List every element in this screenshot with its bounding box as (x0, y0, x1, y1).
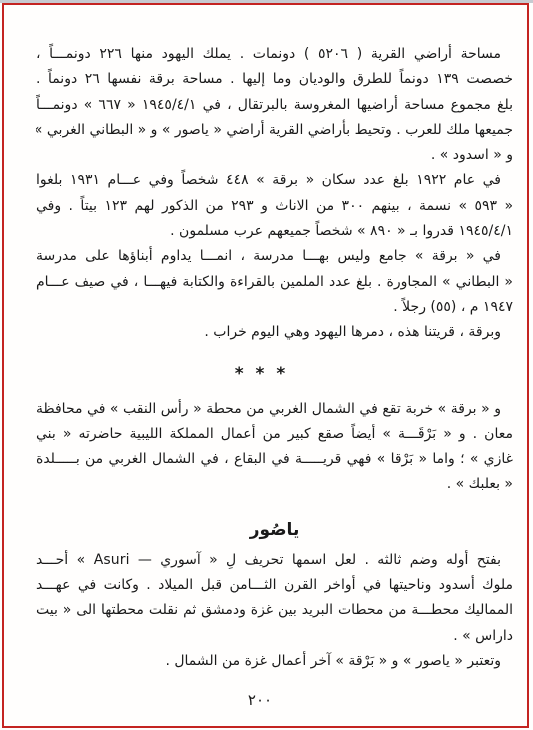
paragraph-mosque-school: في « برقة » جامع وليس بهـــا مدرسة ، انم… (36, 244, 513, 320)
section-separator-stars: * * * (23, 346, 500, 397)
text-line: ١٩٤٧ م ، (٥٥) رجلاً . (36, 295, 513, 320)
text-line: « البطاني » المجاورة . بلغ عدد الملمين ب… (36, 270, 513, 295)
text-line: مساحة أراضي القرية ( ٥٢٠٦ ) دونمات . يمل… (36, 42, 513, 67)
text-line: « ٥٩٣ » نسمة ، بينهم ٣٠٠ من الاناث و ٢٩٣… (36, 194, 513, 219)
text-line: بفتح أوله وضم ثالثه . لعل اسمها تحريف لِ… (36, 548, 513, 573)
text-line: ١٩٤٥/٤/١ قدروا بـ « ٨٩٠ » شخصاً جميعهم ع… (36, 219, 513, 244)
text-line: في عام ١٩٢٢ بلغ عدد سكان « برقة » ٤٤٨ شخ… (36, 168, 513, 193)
text-line: في « برقة » جامع وليس بهـــا مدرسة ، انم… (36, 244, 513, 269)
paragraph-yasur-etymology: بفتح أوله وضم ثالثه . لعل اسمها تحريف لِ… (36, 548, 513, 649)
text-line: وبرقة ، قريتنا هذه ، دمرها اليهود وهي ال… (36, 320, 513, 345)
text-line: المماليك محطـــة من محطات البريد بين غزة… (36, 598, 513, 623)
paragraph-land-stats: مساحة أراضي القرية ( ٥٢٠٦ ) دونمات . يمل… (36, 42, 513, 168)
text-line: و « اسدود » . (36, 143, 513, 168)
yasur-article-title: ياصُور (36, 498, 513, 548)
text-line: خصصت ١٣٩ دونماً للطرق والوديان وما إليها… (36, 67, 513, 92)
page-text: مساحة أراضي القرية ( ٥٢٠٦ ) دونمات . يمل… (36, 42, 513, 674)
page-top-shade (0, 0, 533, 3)
text-line: و « برقة » خربة تقع في الشمال الغربي من … (36, 397, 513, 422)
book-page: مساحة أراضي القرية ( ٥٢٠٦ ) دونمات . يمل… (0, 0, 533, 730)
paragraph-destruction: وبرقة ، قريتنا هذه ، دمرها اليهود وهي ال… (36, 320, 513, 345)
text-line: وتعتبر « ياصور » و « بَرْقة » آخر أعمال … (36, 649, 513, 674)
text-line: « بعلبك » . (36, 472, 513, 497)
page-number: ٢٠٠ (0, 691, 520, 709)
paragraph-yasur-closing: وتعتبر « ياصور » و « بَرْقة » آخر أعمال … (36, 649, 513, 674)
paragraph-population: في عام ١٩٢٢ بلغ عدد سكان « برقة » ٤٤٨ شخ… (36, 168, 513, 244)
text-line: ملوك أسدود وناحيتها في أواخر القرن الثــ… (36, 573, 513, 598)
text-line: بلغ مجموع مساحة أراضيها المغروسة بالبرتق… (36, 93, 513, 118)
text-line: جميعها ملك للعرب . وتحيط بأراضي القرية أ… (36, 118, 513, 143)
text-line: غازي » ؛ واما « بَرْقا » فهي قريـــــة ف… (36, 447, 513, 472)
text-line: داراس » . (36, 624, 513, 649)
paragraph-other-barqa-places: و « برقة » خربة تقع في الشمال الغربي من … (36, 397, 513, 498)
text-line: معان . و « بَرْقَـــة » أيضاً صقع كبير م… (36, 422, 513, 447)
